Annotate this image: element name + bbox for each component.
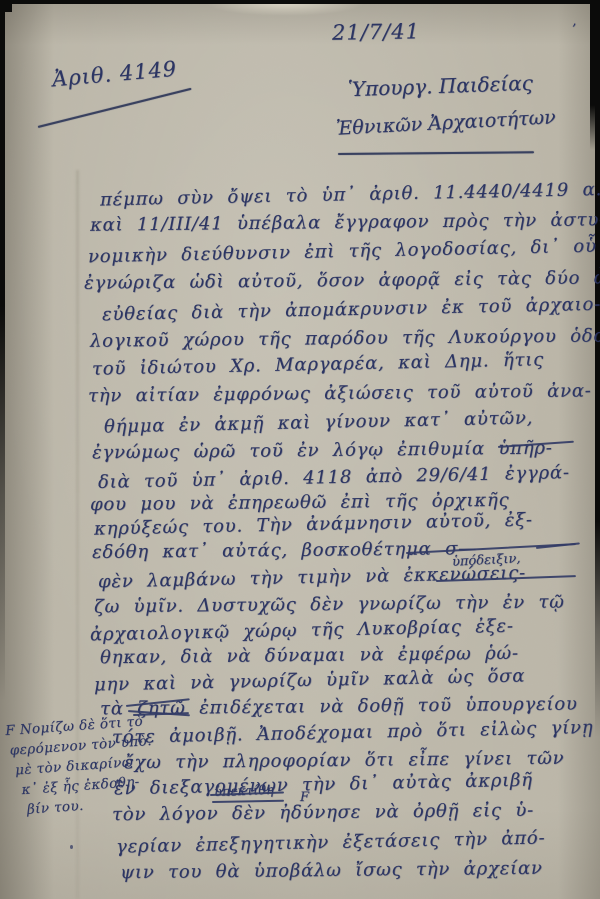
ink-dot [70,845,73,849]
reference-underline [38,88,192,128]
body-line: ἓν διεξαγομένων τὴν δι᾽ αὐτὰς ἀκριβῆ [114,768,533,803]
body-line: τοῦ ἰδιώτου Χρ. Μαργαρέα, καὶ Δημ. ἥτις [92,347,545,382]
body-line: φου μου νὰ ἐπηρεωθῶ ἐπὶ τῆς ὀρχικῆς [90,488,510,518]
scan-edge-right-top [590,0,600,150]
body-line: τὸν λόγον δὲν ἠδύνησε νὰ ὀρθῇ εἰς ὑ- [112,798,534,828]
body-line: τὴν αἰτίαν ἐμφρόνως ἀξιώσεις τοῦ αὐτοῦ ἀ… [88,378,592,409]
body-line: γερίαν ἐπεξηγητικὴν ἐξετάσεις τὴν ἀπό- [116,826,546,861]
body-line: ἔχω τὴν πληροφορίαν ὅτι εἶπε γίνει τῶν [124,746,565,777]
body-line: ἀρχαιολογικῷ χώρῳ τῆς Λυκοβρίας ἐξε- [90,614,514,649]
body-line: τὰ ζητῶ ἐπιδέχεται νὰ δοθῇ τοῦ ὑπουργείο… [100,691,578,722]
body-line: λογικοῦ χώρου τῆς παρόδου τῆς Λυκούργου … [90,323,600,355]
strikethrough-mark [406,543,576,554]
body-line: καὶ 11/ΙΙΙ/41 ὑπέβαλα ἔγγραφον πρὸς τὴν … [90,207,600,238]
insertion-caret: F [300,790,309,805]
reference-number: Ἀριθ. 4149 [51,57,178,92]
body-line: νομικὴν διεύθυνσιν ἐπὶ τῆς λογοδοσίας, δ… [88,234,597,271]
body-line: ἐγνώμως ὡρῶ τοῦ ἐν λόγῳ ἐπιθυμία ὑπῆρ- [92,436,553,467]
strikethrough-mark [536,542,580,549]
body-line: εὐθείας διὰ τὴν ἀπομάκρυνσιν ἐκ τοῦ ἀρχα… [102,292,600,328]
body-line: πέμπω σὺν ὄψει τὸ ὑπ᾽ ἀριθ. 11.4440/4419… [100,177,600,214]
insertion-word: ὑπόδειξιν, [452,551,521,570]
body-line: κηρύξεώς του. Τὴν ἀνάμνησιν αὐτοῦ, ἐξ- [94,507,533,542]
body-line: μην καὶ νὰ γνωρίζω ὑμῖν καλὰ ὡς ὅσα [94,663,526,698]
body-line: εδόθη κατ᾽ αὐτάς, βοσκοθέτημα σ— [92,536,477,566]
strikethrough-mark [212,800,284,803]
scanned-letter-page: Ἀριθ. 4149 21/7/41 Ὑπουργ. Παιδείας Ἐθνι… [0,0,600,899]
body-line: ζω ὑμῖν. Δυστυχῶς δὲν γνωρίζω τὴν ἐν τῷ [94,590,565,621]
scratch-out-mark [126,698,190,707]
recipient-line-1: Ὑπουργ. Παιδείας [348,71,534,101]
strikethrough-mark [436,575,576,582]
body-line: ἐγνώριζα ὡδὶ αὐτοῦ, ὅσον ἀφορᾷ εἰς τὰς δ… [84,265,600,297]
corner-ink-mark: ’ [572,22,576,37]
scan-edge-top [0,0,600,4]
body-line: τότε ἀμοιβῇ. Ἀποδέχομαι πρὸ ὅτι εἰλὼς γί… [112,715,594,751]
body-line: διὰ τοῦ ὑπ᾽ ἀριθ. 4118 ἀπὸ 29/6/41 ἐγγρά… [98,460,570,496]
recipient-underline [338,151,534,155]
body-line: θηκαν, διὰ νὰ δύναμαι νὰ ἐμφέρω ῥώ- [100,641,519,671]
recipient-line-2: Ἐθνικῶν Ἀρχαιοτήτων [336,106,557,139]
scan-edge-corner [0,0,12,12]
margin-note: F Νομίζω δὲ ὅτι τὸ φερόμενον τὸν ὑπὸ. μὲ… [5,711,154,821]
date: 21/7/41 [332,19,420,45]
body-line: ψιν του θὰ ὑποβάλω ἴσως τὴν ἀρχείαν [120,856,543,886]
insertion-word-struck: ὑπεκτίθη [214,783,274,800]
body-line: θήμμα ἐν ἀκμῇ καὶ γίνουν κατ᾽ αὐτῶν, [104,406,534,441]
body-line: φὲν λαμβάνω τὴν τιμὴν νὰ ἐκκενώσεις- [98,561,526,596]
strikethrough-mark [210,791,284,796]
scan-edge-left [0,0,5,899]
strikethrough-mark [498,441,574,448]
